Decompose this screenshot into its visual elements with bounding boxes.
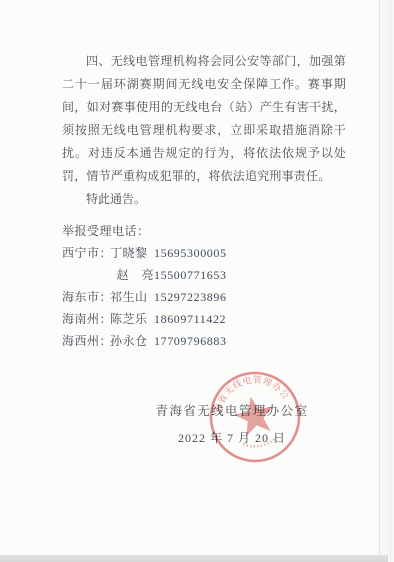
contact-name: 祁生山	[110, 286, 154, 308]
hotline-title: 举报受理电话：	[62, 220, 346, 242]
seal-serial-marks	[243, 437, 277, 449]
contact-region: 海西州：	[62, 330, 110, 352]
scanned-notice-document: 四、无线电管理机构将会同公安等部门，加强第二十一届环湖赛期间无线电安全保障工作。…	[0, 0, 394, 562]
contact-name: 孙永仓	[110, 330, 154, 352]
contact-row: 海西州： 孙永仓 17709796883	[62, 330, 346, 352]
page-bottom-shadow	[0, 555, 388, 562]
document-body: 四、无线电管理机构将会同公安等部门，加强第二十一届环湖赛期间无线电安全保障工作。…	[0, 0, 380, 352]
contact-row: 海东市： 祁生山 15297223896	[62, 286, 346, 308]
contact-phone: 17709796883	[154, 330, 227, 352]
scan-edge-line	[390, 0, 391, 562]
contact-name: 陈芝乐	[110, 308, 154, 330]
notice-paragraph: 四、无线电管理机构将会同公安等部门，加强第二十一届环湖赛期间无线电安全保障工作。…	[62, 50, 346, 188]
seal-star-icon	[231, 392, 278, 437]
contact-region: 西宁市：	[62, 242, 110, 264]
contact-region: 海南州：	[62, 308, 110, 330]
notice-closing: 特此通告。	[62, 188, 346, 211]
contact-row: 海南州： 陈芝乐 18609711422	[62, 308, 346, 330]
contact-phone: 18609711422	[154, 308, 226, 330]
official-seal: 青海省无线电管理办公室	[198, 360, 312, 474]
contact-row: 西宁市： 丁晓黎 15695300005	[62, 242, 346, 264]
contact-region: 海东市：	[62, 286, 110, 308]
contact-name: 赵 亮	[110, 264, 154, 286]
contact-phone: 15500771653	[154, 264, 227, 286]
contact-row: 赵 亮 15500771653	[62, 264, 346, 286]
contact-phone: 15297223896	[154, 286, 227, 308]
contact-region	[62, 264, 110, 286]
document-page: 四、无线电管理机构将会同公安等部门，加强第二十一届环湖赛期间无线电安全保障工作。…	[0, 0, 380, 555]
hotline-contact-list: 西宁市： 丁晓黎 15695300005 赵 亮 15500771653 海东市…	[62, 242, 346, 352]
contact-phone: 15695300005	[154, 242, 227, 264]
contact-name: 丁晓黎	[110, 242, 154, 264]
